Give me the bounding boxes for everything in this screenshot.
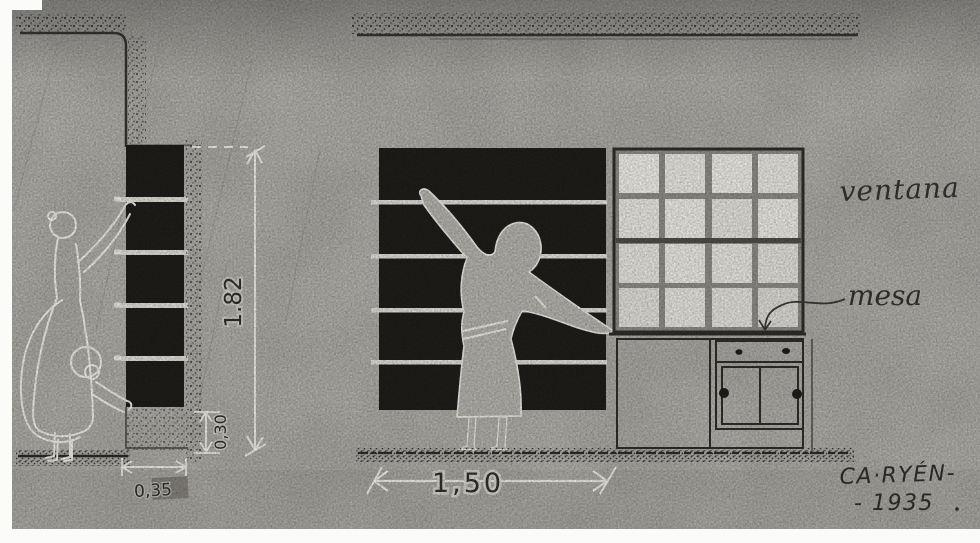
photo-grain: [0, 0, 980, 543]
sketch-canvas: 1.82 0,30 0,35: [0, 0, 980, 543]
scanned-architectural-sketch: 1.82 0,30 0,35: [0, 0, 980, 543]
